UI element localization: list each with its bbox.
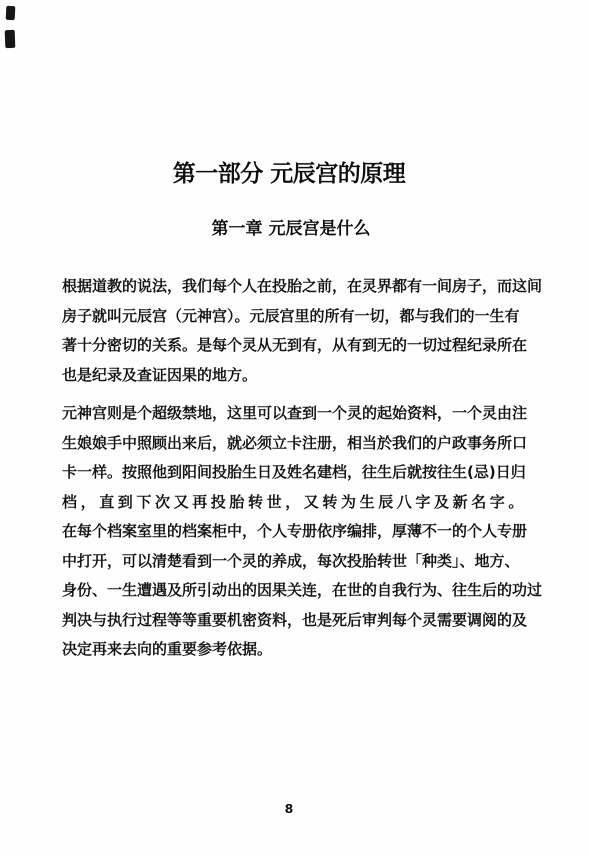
body-line: 著十分密切的关系。是每个灵从无到有，从有到无的一切过程纪录所在	[62, 331, 530, 361]
paragraph-1: 根据道教的说法，我们每个人在投胎之前，在灵界都有一间房子，而这间 房子就叫元辰宫…	[62, 272, 530, 390]
body-text: 根据道教的说法，我们每个人在投胎之前，在灵界都有一间房子，而这间 房子就叫元辰宫…	[62, 272, 530, 665]
scan-artifact-mark	[5, 30, 16, 48]
body-line: 判决与执行过程等等重要机密资料，也是死后审判每个灵需要调阅的及	[62, 606, 530, 636]
scanned-book-page: 第一部分 元辰宫的原理 第一章 元辰宫是什么 根据道教的说法，我们每个人在投胎之…	[0, 0, 589, 856]
page-number: 8	[0, 801, 578, 816]
body-line: 在每个档案室里的档案柜中，个人专册依序编排，厚薄不一的个人专册	[62, 517, 530, 547]
part-title: 第一部分 元辰宫的原理	[0, 155, 578, 188]
body-line: 身份、一生遭遇及所引动出的因果关连，在世的自我行为、往生后的功过	[62, 576, 530, 606]
body-line: 决定再来去向的重要参考依据。	[62, 635, 530, 665]
body-line: 元神宫则是个超级禁地，这里可以查到一个灵的起始资料，一个灵由注	[62, 399, 530, 429]
body-line: 也是纪录及查证因果的地方。	[62, 361, 530, 391]
body-line: 中打开，可以清楚看到一个灵的养成，每次投胎转世「种类」、地方、	[62, 547, 530, 577]
scan-artifact-mark	[6, 6, 16, 20]
body-line: 档，直到下次又再投胎转世，又转为生辰八字及新名字。	[62, 488, 530, 518]
body-line: 根据道教的说法，我们每个人在投胎之前，在灵界都有一间房子，而这间	[62, 272, 530, 302]
body-line: 生娘娘手中照顾出来后，就必须立卡注册，相当於我们的户政事务所口	[62, 429, 530, 459]
body-line: 卡一样。按照他到阳间投胎生日及姓名建档，往生后就按往生(忌)日归	[62, 458, 530, 488]
chapter-title: 第一章 元辰宫是什么	[0, 214, 582, 239]
paragraph-2: 元神宫则是个超级禁地，这里可以查到一个灵的起始资料，一个灵由注 生娘娘手中照顾出…	[62, 399, 530, 665]
body-line: 房子就叫元辰宫（元神宫）。元辰宫里的所有一切，都与我们的一生有	[62, 302, 530, 332]
